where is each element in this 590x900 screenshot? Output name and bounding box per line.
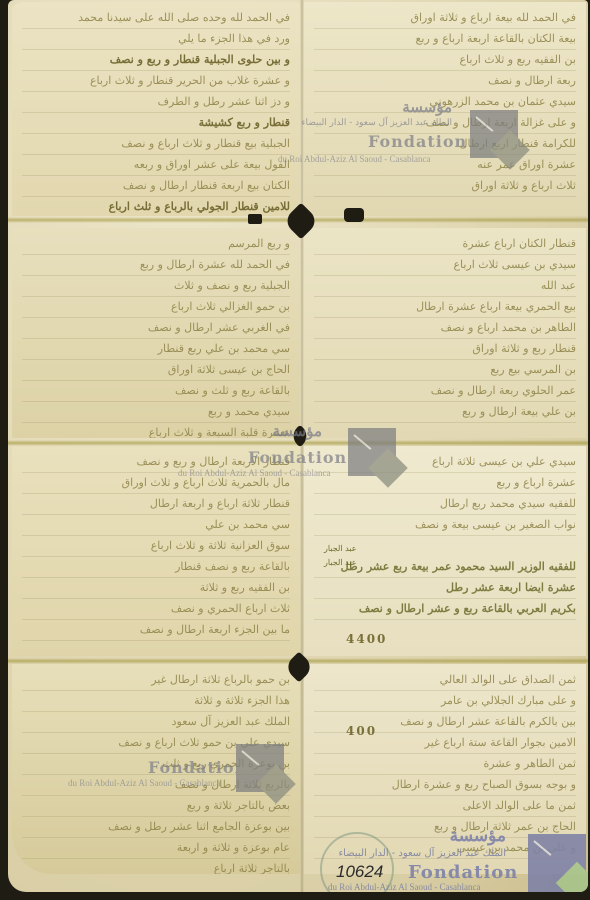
fondation-logo-icon [348, 428, 396, 476]
watermark: مؤسسة الملك عبد العزيز آل سعود - الدار ا… [278, 98, 528, 168]
manuscript-line: نواب الصغير بن عيسى بيعة و نصف [314, 515, 576, 536]
manuscript-line: بين بوعزة الجامع اثنا عشر رطل و نصف [22, 817, 290, 838]
manuscript-line: قنطار ربع و ثلاثة اوراق [314, 339, 576, 360]
watermark-french-subtitle: du Roi Abdul-Aziz Al Saoud - Casablanca [68, 778, 220, 788]
watermark-arabic-title: مؤسسة [272, 422, 322, 440]
manuscript-line: عمر الحلوي ربعة ارطال و نصف [314, 381, 576, 402]
panel-middle-right-lines: قنطار الكتان ارباع عشرة سيدي بن عيسى ثلا… [314, 234, 576, 432]
manuscript-line: الجبلية بيع قنطار و ثلاث ارباع و نصف [22, 134, 290, 155]
manuscript-line: في الحمد لله وحده صلى الله على سيدنا محم… [22, 8, 290, 29]
manuscript-line: ثمن ما على الوالد الاعلى [314, 796, 576, 817]
manuscript-line: بكريم العربي بالقاعة ربع و عشر ارطال و ن… [314, 599, 576, 620]
manuscript-line: و على مبارك الجلالي بن عامر [314, 691, 576, 712]
watermark: مؤسسة Fondation du Roi Abdul-Aziz Al Sao… [138, 418, 408, 488]
manuscript-line: سوق العزانية ثلاثة و ثلاث ارباع [22, 536, 290, 557]
fondation-logo-icon [470, 110, 518, 158]
manuscript-line: عبد الله [314, 276, 576, 297]
manuscript-sheet: في الحمد لله وحده صلى الله على سيدنا محم… [8, 0, 588, 892]
watermark-french-title: Fondation [148, 758, 247, 777]
watermark-french-title: Fondation [368, 132, 467, 151]
manuscript-line: سي محمد بن علي [22, 515, 290, 536]
manuscript-line: و دز اثنا عشر رطل و الطرف [22, 92, 290, 113]
manuscript-line: بيعة الكتان بالقاعة اربعة ارباع و ربع [314, 29, 576, 50]
manuscript-line: بالقاعة ربع و ثلث و نصف [22, 381, 290, 402]
manuscript-line: ربعة ارطال و نصف [314, 71, 576, 92]
watermark-arabic-subtitle: الملك عبد العزيز آل سعود - الدار البيضاء [292, 118, 452, 128]
panel-middle-right: قنطار الكتان ارباع عشرة سيدي بن عيسى ثلا… [304, 228, 586, 438]
manuscript-line: ما بين الجزء اربعة ارطال و نصف [22, 620, 290, 641]
manuscript-line: الملك عبد العزيز آل سعود [22, 712, 290, 733]
manuscript-line: قنطار الكتان ارباع عشرة [314, 234, 576, 255]
watermark-arabic-title: مؤسسة [402, 98, 452, 116]
watermark: Fondation du Roi Abdul-Aziz Al Saoud - C… [38, 740, 298, 800]
manuscript-line: قنطار و ربع كشيشة [22, 113, 290, 134]
panel-top-left-lines: في الحمد لله وحده صلى الله على سيدنا محم… [22, 8, 290, 210]
watermark-french-title: Fondation [248, 448, 347, 467]
manuscript-line: و عشرة غلاب من الحرير قنطار و ثلاث ارباع [22, 71, 290, 92]
amount-figure: 400 [346, 724, 377, 738]
paper-hole [248, 214, 262, 224]
fondation-logo-icon [528, 834, 586, 892]
manuscript-line: و بوجه بسوق الصباح ربع و عشرة ارطال [314, 775, 576, 796]
watermark-arabic-title: مؤسسة [450, 826, 506, 846]
manuscript-line: ثمن الطاهر و عشرة [314, 754, 576, 775]
manuscript-line: بن حمو بالرباع ثلاثة ارطال غير [22, 670, 290, 691]
manuscript-line: للفقيه سيدي محمد ربع ارطال [314, 494, 576, 515]
manuscript-line: و بين حلوى الجبلية قنطار و ربع و نصف [22, 50, 290, 71]
manuscript-line: و ربع المرسم [22, 234, 290, 255]
manuscript-line: سيدي بن عيسى ثلاث ارباع [314, 255, 576, 276]
manuscript-line: بن حمو الغزالي ثلاث ارباع [22, 297, 290, 318]
manuscript-line: الفول بيعة على عشر اوراق و ربعه [22, 155, 290, 176]
manuscript-line: ثلاث ارباع الحمري و نصف [22, 599, 290, 620]
manuscript-line: عشرة ايضا اربعة عشر رطل [314, 578, 576, 599]
manuscript-line: الكتان بيع اربعة قنطار ارطال و نصف [22, 176, 290, 197]
manuscript-line: بن الفقيه ربع و ثلاثة [22, 578, 290, 599]
watermark-french-subtitle: du Roi Abdul-Aziz Al Saoud - Casablanca [178, 468, 330, 478]
manuscript-line: بيع الحمري بيعة ارباع عشرة ارطال [314, 297, 576, 318]
watermark-french-subtitle: du Roi Abdul-Aziz Al Saoud - Casablanca [278, 154, 430, 164]
margin-name: عبد الجبار [324, 558, 356, 567]
paper-hole [344, 208, 364, 222]
manuscript-line: بن الفقيه ربع و ثلاث ارباع [314, 50, 576, 71]
manuscript-line: قنطار ثلاثة ارباع و اربعة ارطال [22, 494, 290, 515]
manuscript-line: هذا الجزء ثلاثة و ثلاثة [22, 691, 290, 712]
manuscript-line: الحاج بن عيسى ثلاثة اوراق [22, 360, 290, 381]
manuscript-line: في الغربي عشر ارطال و نصف [22, 318, 290, 339]
manuscript-line: في الحمد لله بيعة ارباع و ثلاثة اوراق [314, 8, 576, 29]
amount-figure: 4400 [346, 632, 387, 646]
manuscript-line: ثلاث ارباع و ثلاثة اوراق [314, 176, 576, 197]
manuscript-line: الطاهر بن محمد ارباع و نصف [314, 318, 576, 339]
manuscript-line: بن المرسي بيع ربع [314, 360, 576, 381]
panel-middle-left: و ربع المرسم في الحمد لله عشرة ارطال و ر… [12, 228, 300, 438]
panel-middle-left-lines: و ربع المرسم في الحمد لله عشرة ارطال و ر… [22, 234, 290, 432]
watermark-french-title: Fondation [408, 862, 518, 883]
manuscript-line: بالتاجر ثلاثة ارباع [22, 859, 290, 874]
manuscript-line: سي محمد بن علي ربع قنطار [22, 339, 290, 360]
manuscript-line: الجبلية ربع و نصف و ثلاث [22, 276, 290, 297]
catalog-number: 10624 [336, 862, 383, 882]
manuscript-line: ورد في هذا الجزء ما يلي [22, 29, 290, 50]
margin-name: عبد الجبار [324, 544, 356, 553]
manuscript-line: بالقاعة ربع و نصف قنطار [22, 557, 290, 578]
fondation-logo-icon [236, 744, 284, 792]
panel-top-left: في الحمد لله وحده صلى الله على سيدنا محم… [12, 2, 300, 216]
manuscript-line: عام بوعزة و ثلاثة و اربعة [22, 838, 290, 859]
manuscript-line: في الحمد لله عشرة ارطال و ربع [22, 255, 290, 276]
manuscript-line: ثمن الصداق على الوالد العالي [314, 670, 576, 691]
